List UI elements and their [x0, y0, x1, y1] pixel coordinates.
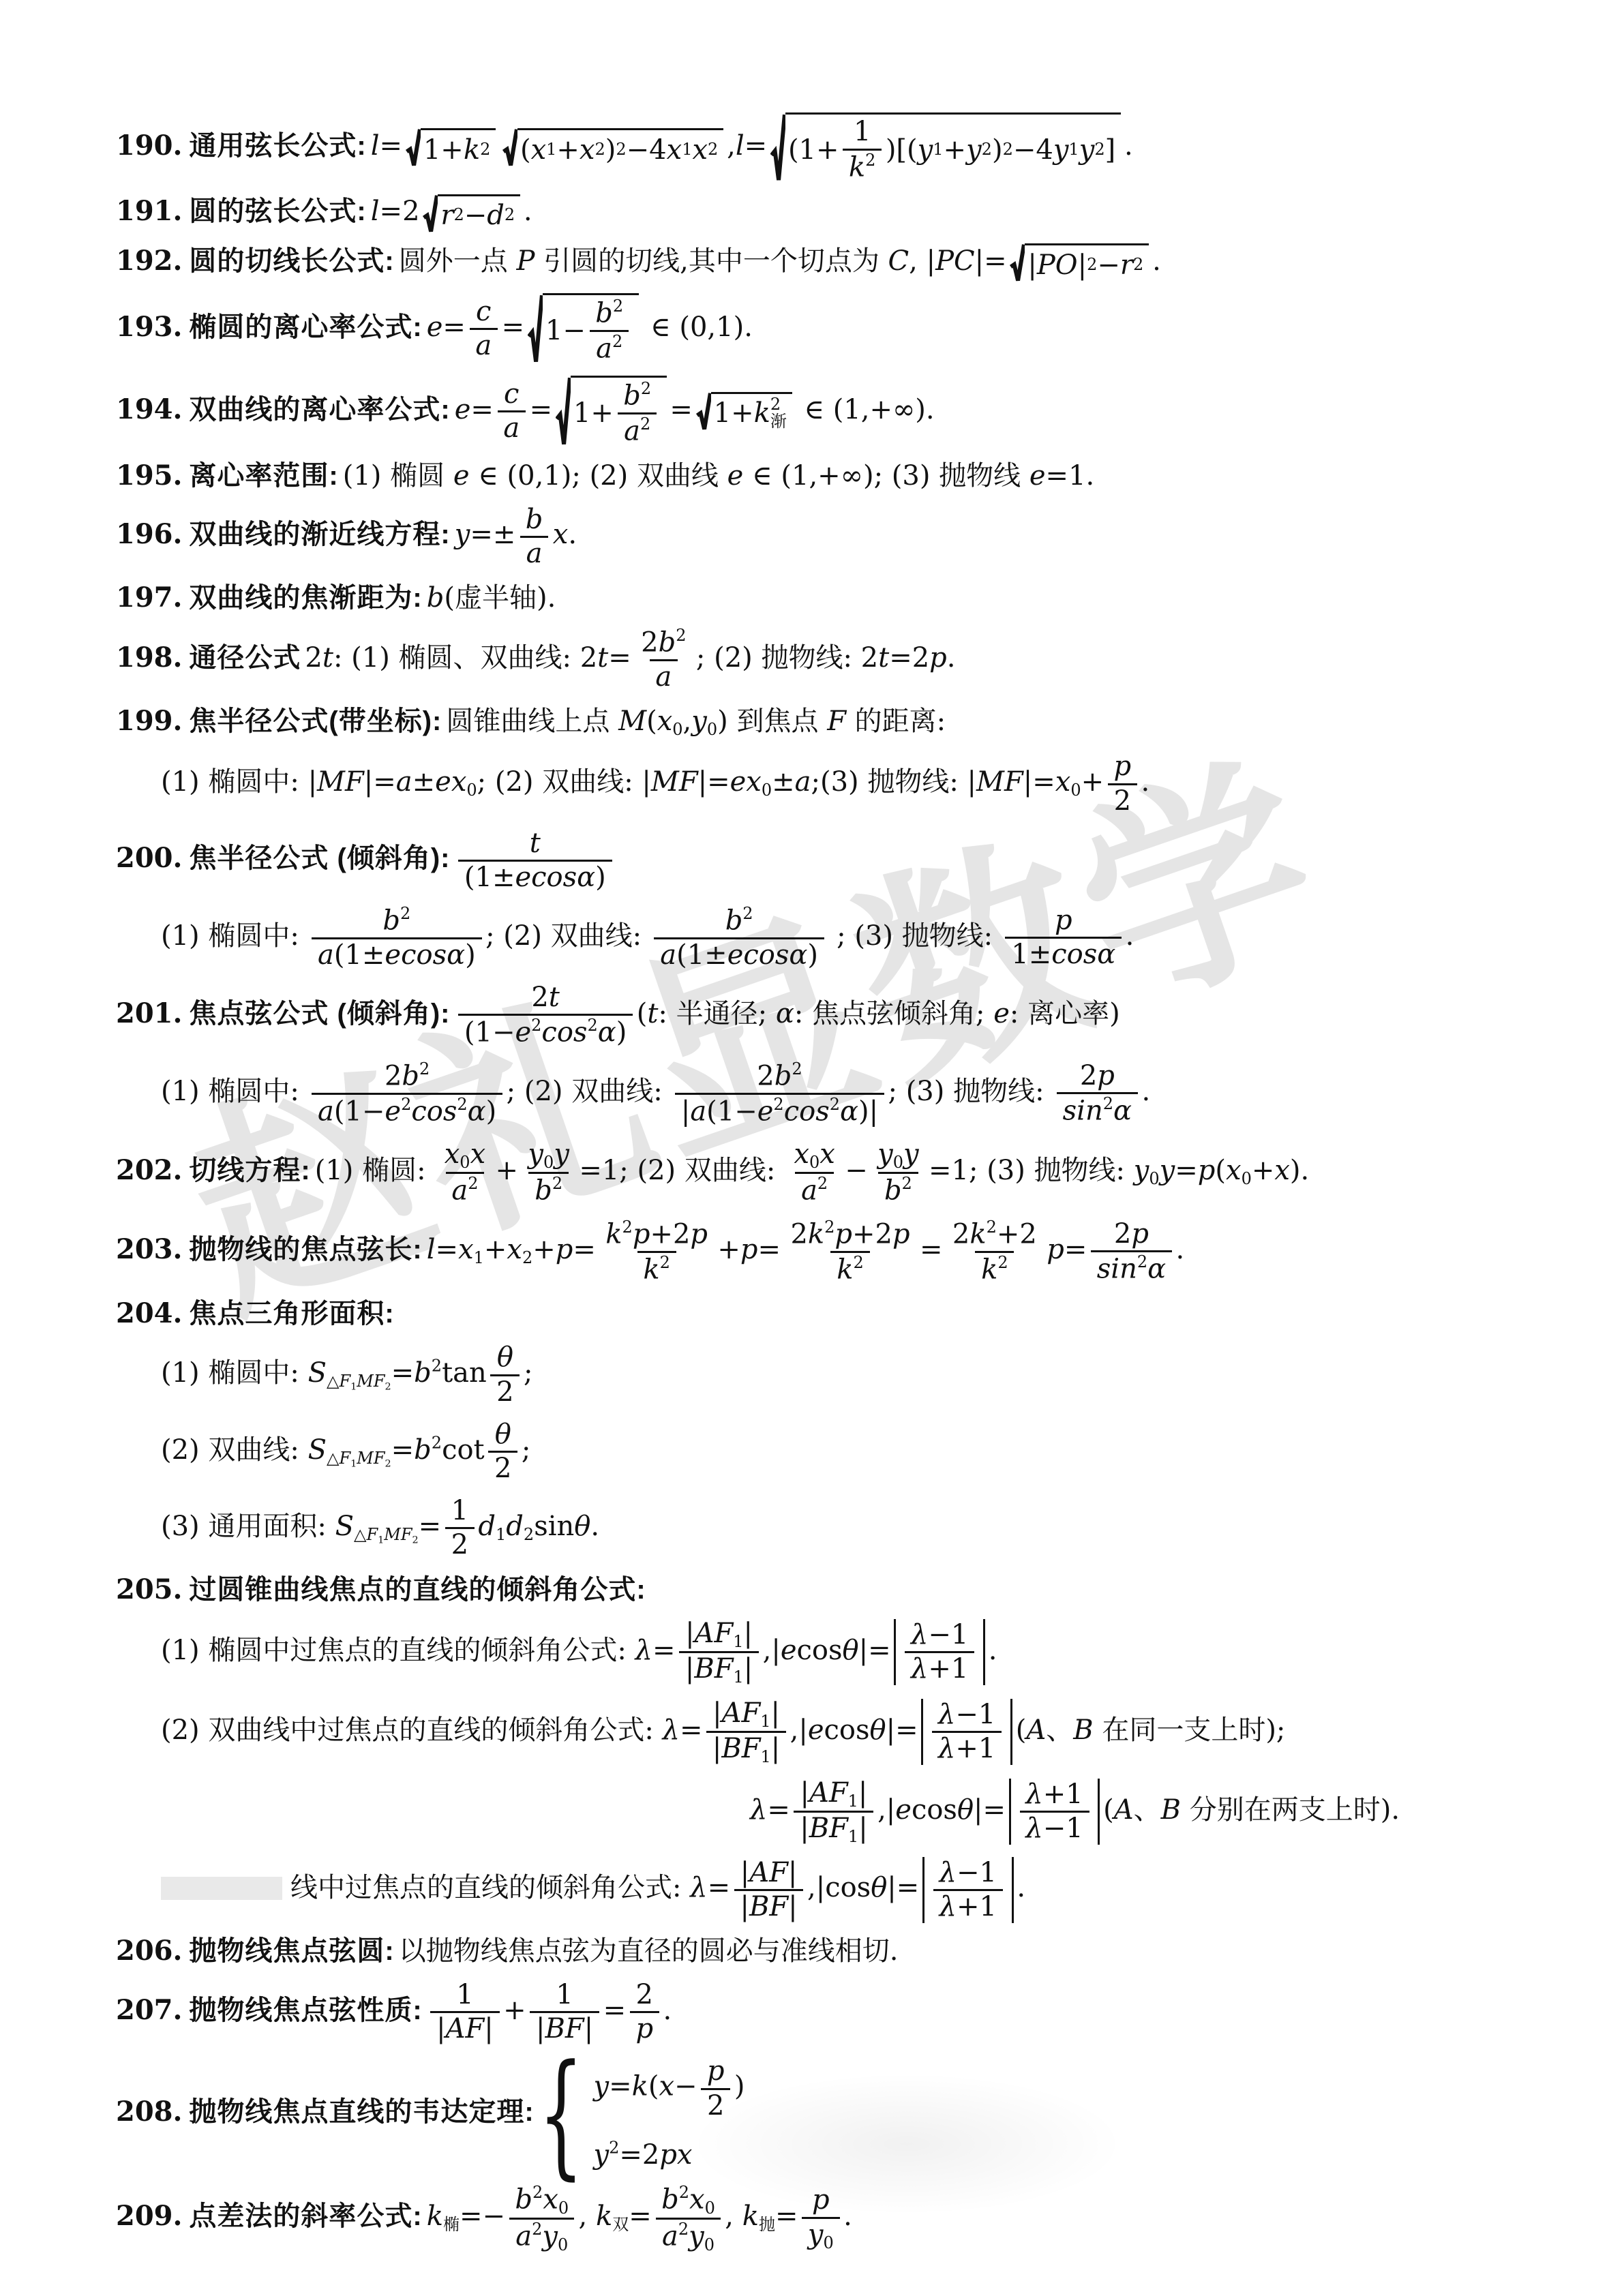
item-formula: 2t: (1) 椭圆、双曲线: 2t=2b2a; (2) 抛物线: 2t=2p.	[305, 642, 955, 674]
fraction: λ−1λ+1	[933, 1857, 1003, 1923]
denominator: a(1±ecosα)	[654, 937, 824, 971]
math-text: y	[1160, 1155, 1175, 1186]
math-text: e	[453, 460, 470, 492]
math-text: (	[520, 132, 531, 168]
math-text: p	[635, 2013, 653, 2044]
math-text: AF	[809, 1777, 848, 1809]
math-text: |	[484, 2013, 493, 2044]
system-row: y2=2px	[593, 2137, 692, 2173]
math-text: =	[470, 394, 494, 425]
math-text: |	[584, 2013, 593, 2044]
math-text: y	[808, 2219, 824, 2250]
math-text: −1	[928, 1619, 968, 1650]
fraction: |AF1||BF1|	[794, 1777, 873, 1847]
math-text: k	[742, 2201, 759, 2232]
math-text: =	[603, 1995, 627, 2026]
math-text: y	[554, 1138, 569, 1170]
math-text: )[(	[886, 132, 918, 168]
subscript: 0	[704, 2235, 715, 2254]
item-formula: 1|AF|+1|BF|=2p.	[427, 1995, 672, 2026]
math-text: p	[892, 1218, 910, 1250]
math-text: k	[427, 2201, 443, 2232]
math-text: , |	[909, 245, 935, 277]
formula-line-198: 198.通径公式2t: (1) 椭圆、双曲线: 2t=2b2a; (2) 抛物线…	[116, 626, 1569, 693]
math-text: +	[556, 132, 580, 168]
math-text: ; (3) 抛物线:	[888, 1076, 1053, 1107]
square-root: 1+k2渐	[696, 392, 792, 431]
math-text: k	[464, 132, 480, 168]
brace-system: {y=k(x−p2)y2=2px	[539, 2055, 745, 2172]
subscript: 1	[546, 139, 556, 160]
math-text: θ	[870, 1715, 886, 1746]
subscript: 0	[558, 2198, 569, 2217]
fraction: 1k2	[843, 116, 882, 183]
sup-sub-stack: 2渐	[770, 396, 787, 430]
formula-line-197: 197.双曲线的焦渐距为:b(虚半轴).	[116, 580, 1569, 616]
math-text: x	[657, 706, 673, 737]
math-text: (2) 双曲线中过焦点的直线的倾斜角公式:	[161, 1715, 663, 1746]
math-text: +1	[957, 1891, 997, 1922]
numerator: 1	[847, 116, 877, 148]
math-text: ,	[727, 130, 736, 162]
math-text: △	[327, 1449, 339, 1468]
math-text: y	[877, 1138, 893, 1170]
fraction: |AF1||BF1|	[679, 1618, 759, 1687]
math-text: cos	[411, 1096, 457, 1127]
math-text: e	[727, 460, 744, 492]
denominator: k2	[975, 1251, 1014, 1286]
superscript: 2	[432, 1357, 442, 1376]
math-text: |	[740, 1857, 749, 1888]
item-number: 198.	[116, 641, 182, 674]
denominator: k2	[637, 1251, 676, 1286]
math-text: 1	[451, 1495, 468, 1526]
superscript: 2	[457, 1095, 467, 1114]
math-text: 2	[1114, 1218, 1131, 1250]
math-text: ; (2) 双曲线: |	[477, 766, 651, 798]
math-text: S	[335, 1511, 354, 1542]
math-text: −	[845, 1155, 868, 1186]
math-text: y	[593, 2139, 609, 2171]
math-text: −1	[1043, 1813, 1083, 1844]
item-label: 抛物线焦点弦圆:	[189, 1936, 394, 1966]
math-text: =	[391, 1434, 415, 1466]
math-text: 2	[1080, 1060, 1097, 1091]
item-formula: (1) 椭圆 e ∈ (0,1); (2) 双曲线 e ∈ (1,+∞); (3…	[343, 460, 1094, 492]
fraction: 2b2|a(1−e2cos2α)|	[675, 1059, 884, 1128]
superscript: 2	[902, 1174, 912, 1193]
radicand: 1+k2渐	[711, 392, 792, 431]
subscript: 渐	[770, 413, 787, 430]
math-text: |=	[975, 245, 1007, 277]
square-root: r2−d2	[423, 194, 520, 233]
formula-line-193: 193.椭圆的离心率公式:e=ca=1−b2a2 ∈ (0,1).	[116, 293, 1569, 365]
superscript: 2	[830, 1095, 840, 1114]
math-text: MF	[357, 1449, 385, 1468]
math-text: ,|	[807, 1872, 825, 1903]
denominator: a2	[590, 330, 629, 365]
fraction: ca	[498, 378, 526, 444]
math-text: α	[468, 1096, 486, 1127]
math-text: =	[609, 2071, 632, 2102]
math-text: M	[618, 706, 646, 737]
denominator: k2	[843, 149, 882, 184]
denominator: a(1±ecosα)	[312, 937, 481, 971]
math-text: d	[487, 198, 505, 233]
math-text: x	[819, 1138, 835, 1170]
numerator: b2	[589, 297, 629, 330]
formula-line-204: 204.焦点三角形面积:	[116, 1296, 1569, 1331]
subscript: 0	[707, 720, 717, 739]
math-text: |=	[859, 1635, 891, 1666]
math-text: |	[712, 1733, 721, 1764]
subscript: 2	[522, 1248, 532, 1267]
math-text: (1+	[788, 132, 839, 168]
formula-line-201: 201.焦点弦公式 (倾斜角):2t(1−e2cos2α)(t: 半通径; α:…	[116, 982, 1569, 1049]
numerator: λ−1	[933, 1857, 1003, 1889]
formula-line-205: 205.过圆锥曲线焦点的直线的倾斜角公式:	[116, 1572, 1569, 1607]
math-text: t	[530, 828, 541, 859]
math-text: k	[605, 1218, 622, 1250]
denominator: a(1−e2cos2α)	[312, 1093, 502, 1128]
subscript: 0	[460, 1153, 470, 1172]
item-formula: (2) 双曲线中过焦点的直线的倾斜角公式: λ=|AF1||BF1|,|ecos…	[161, 1715, 1285, 1746]
subscript: 2	[982, 139, 992, 160]
math-text: c	[504, 378, 519, 410]
math-text: x	[470, 1138, 486, 1170]
formula-line-194: 194.双曲线的离心率公式:e=ca=1+b2a2=1+k2渐 ∈ (1,+∞)…	[116, 376, 1569, 448]
math-text: θ	[497, 1342, 513, 1373]
math-text: (1−	[334, 1096, 385, 1127]
math-text: 2	[451, 1529, 468, 1560]
math-text: a	[660, 939, 676, 971]
absolute-value: λ−1λ+1	[921, 1699, 1012, 1765]
denominator: 1±cosα	[1005, 937, 1122, 971]
math-text: λ	[939, 1857, 957, 1888]
math-text: b	[382, 905, 400, 937]
subscript: 2	[1094, 139, 1104, 160]
math-text: ,	[725, 2201, 742, 2232]
numerator: 2p	[1108, 1218, 1155, 1250]
subscript: 1	[350, 1458, 357, 1469]
math-text: x	[580, 132, 595, 168]
numerator: 2b2	[635, 626, 692, 659]
item-label: 抛物线的焦点弦长:	[189, 1235, 422, 1265]
math-text: a	[318, 939, 334, 971]
math-text: |=	[886, 1715, 918, 1746]
superscript: 2	[679, 2183, 689, 2202]
denominator: a	[470, 328, 498, 362]
subscript: 0	[543, 1153, 554, 1172]
math-text: λ	[750, 1794, 767, 1826]
item-formula: t(1±ecosα)	[455, 843, 616, 874]
math-text: 1	[456, 1979, 473, 2010]
math-text: =2	[380, 196, 420, 227]
math-text: +	[1081, 766, 1104, 798]
math-text: +2	[650, 1218, 690, 1250]
item-number: 200.	[116, 842, 182, 874]
fraction: ba	[520, 504, 549, 570]
system-rows: y=k(x−p2)y2=2px	[593, 2055, 745, 2172]
fraction: b2a2	[589, 297, 629, 365]
math-text: r	[1120, 247, 1133, 283]
item-formula: (2) 双曲线: S△F1MF2=b2cotθ2;	[161, 1434, 530, 1466]
square-root: (1+1k2)[(y1+y2)2−4y1y2]	[770, 112, 1121, 183]
math-text: p	[1131, 1218, 1149, 1250]
item-number: 190.	[116, 130, 182, 162]
formula-line-205-2b: λ=|AF1||BF1|,|ecosθ|=λ+1λ−1(A、B 分别在两支上时)…	[750, 1777, 1569, 1847]
math-text: a	[655, 661, 672, 693]
formula-line-192: 192.圆的切线长公式:圆外一点 P 引圆的切线,其中一个切点为 C, |PC|…	[116, 243, 1569, 283]
math-text: ±	[772, 766, 795, 798]
subscript: △F1MF2	[327, 1449, 391, 1468]
subscript: 1	[760, 1747, 770, 1766]
math-text: p	[1055, 905, 1072, 936]
math-text: .	[1141, 1076, 1150, 1107]
subscript: △F1MF2	[327, 1372, 391, 1391]
subscript: 1	[474, 1248, 484, 1267]
numerator: b2x0	[655, 2183, 721, 2218]
math-text: =	[530, 394, 553, 425]
fraction: p1±cosα	[1005, 905, 1122, 971]
fraction: 2t(1−e2cos2α)	[458, 982, 633, 1049]
superscript: 2	[1003, 139, 1013, 160]
denominator: λ+1	[932, 1731, 1002, 1765]
formula-line-202: 202.切线方程:(1) 椭圆: x0xa2+y0yb2=1; (2) 双曲线:…	[116, 1138, 1569, 1207]
math-text: α	[776, 998, 794, 1029]
fraction: py0	[802, 2184, 839, 2252]
item-formula: l=2r2−d2.	[371, 196, 532, 227]
radicand: (1+1k2)[(y1+y2)2−4y1y2]	[785, 112, 1121, 183]
superscript: 2	[678, 2220, 689, 2239]
numerator: p	[1049, 905, 1078, 937]
item-label: 双曲线的离心率公式:	[189, 395, 450, 425]
math-text: .	[947, 642, 956, 674]
math-text: x	[689, 2184, 705, 2215]
math-text: |	[800, 1813, 809, 1844]
item-number: 193.	[116, 311, 182, 343]
superscript: 2	[1103, 1094, 1113, 1113]
superscript: 2	[587, 1016, 597, 1035]
superscript: 2	[660, 1253, 670, 1272]
subscript: 椭	[443, 2215, 460, 2234]
fraction: 2b2a	[635, 626, 692, 693]
denominator: a2y0	[656, 2218, 721, 2254]
math-text: +	[944, 132, 967, 168]
absolute-value: λ+1λ−1	[1009, 1779, 1100, 1845]
item-formula: 以抛物线焦点弦为直径的圆必与准线相切.	[399, 1935, 899, 1967]
denominator: 2	[490, 1374, 520, 1408]
math-text: θ	[957, 1794, 974, 1826]
denominator: 2	[1108, 783, 1137, 817]
subscript: 2	[708, 139, 718, 160]
math-text: =	[573, 1234, 596, 1265]
math-text: +	[496, 1155, 519, 1186]
math-text: =1.	[1046, 460, 1095, 492]
math-text: (	[1103, 1794, 1114, 1826]
math-text: 、	[1134, 1794, 1161, 1826]
superscript: 2	[742, 904, 753, 923]
numerator: λ−1	[905, 1619, 974, 1651]
math-text: cosα	[1051, 939, 1115, 970]
subscript: 0	[1242, 1169, 1252, 1188]
item-number: 209.	[116, 2200, 182, 2232]
math-text: =	[708, 1872, 731, 1903]
math-text: p	[929, 642, 947, 674]
subscript: 2	[412, 1535, 419, 1545]
denominator: a	[520, 536, 548, 570]
math-text: y	[918, 132, 933, 168]
math-text: y	[691, 706, 707, 737]
math-text: 2	[757, 1061, 774, 1092]
math-text: y	[1053, 132, 1069, 168]
math-text: 2	[496, 1376, 513, 1408]
math-text: 2	[1114, 785, 1131, 817]
math-text: =	[1175, 1155, 1198, 1186]
math-text: cot	[442, 1434, 485, 1466]
math-text: (1) 椭圆中过焦点的直线的倾斜角公式:	[161, 1635, 635, 1666]
item-number: 199.	[116, 705, 182, 737]
item-formula: 圆锥曲线上点 M(x0,y0) 到焦点 F 的距离:	[446, 706, 946, 737]
numerator: t	[524, 828, 547, 860]
numerator: y0y	[522, 1138, 575, 1173]
math-text: )	[807, 939, 818, 971]
math-text: ∈ (0,1); (2) 双曲线	[470, 460, 727, 492]
radicand: (x1+x2)2−4x1x2	[517, 128, 723, 167]
math-text: t	[549, 982, 560, 1013]
math-text: .	[524, 196, 532, 227]
math-text: a	[690, 1096, 706, 1127]
denominator: 2	[445, 1527, 475, 1561]
item-number: 203.	[116, 1233, 182, 1265]
math-text: )|	[858, 1096, 878, 1127]
denominator: (1−e2cos2α)	[458, 1014, 633, 1049]
math-text: a	[624, 415, 640, 447]
math-text: .	[1152, 245, 1161, 277]
denominator: y0	[802, 2217, 839, 2253]
math-text: x	[659, 2071, 674, 2102]
math-text: e	[455, 394, 471, 425]
math-text: |=	[887, 1872, 919, 1903]
numerator: 2	[630, 1979, 659, 2011]
math-text: y	[528, 1138, 543, 1170]
radicand: |PO|2−r2	[1025, 243, 1149, 282]
math-text: −4	[627, 132, 667, 168]
subscript: 0	[558, 2235, 568, 2254]
math-text: A	[1026, 1715, 1046, 1746]
math-text: ,	[579, 2201, 596, 2232]
superscript: 2	[997, 1253, 1008, 1272]
math-text: a	[515, 2220, 532, 2252]
math-text: =	[1064, 1234, 1087, 1265]
fraction: 2psin2α	[1091, 1218, 1172, 1286]
math-text: (	[646, 706, 657, 737]
numerator: p	[701, 2055, 730, 2087]
math-text: ).	[1290, 1155, 1309, 1186]
fraction: 2k2+2k2	[946, 1218, 1043, 1286]
item-label: 圆的切线长公式:	[189, 246, 394, 276]
numerator: 2b2	[378, 1059, 436, 1093]
math-text: =	[380, 130, 403, 162]
superscript: 2	[817, 1174, 828, 1193]
math-text: −1	[955, 1699, 995, 1730]
formula-line-205-1: (1) 椭圆中过焦点的直线的倾斜角公式: λ=|AF1||BF1|,|ecosθ…	[161, 1618, 1569, 1687]
math-text: =	[608, 642, 631, 674]
math-text: x	[1055, 766, 1071, 798]
page: { "watermark": { "text": "赵礼显数学", "color…	[0, 0, 1624, 2296]
square-root: 1+b2a2	[556, 376, 667, 448]
denominator: 2	[488, 1451, 517, 1485]
math-text: =	[920, 1234, 943, 1265]
numerator: |AF1|	[679, 1618, 758, 1652]
superscript: 2	[987, 1218, 997, 1237]
math-text: l	[736, 130, 745, 162]
item-number: 207.	[116, 1994, 182, 2026]
math-text: (1) 椭圆中: |	[161, 766, 317, 798]
math-text: 2	[305, 642, 322, 674]
radicand: 1+k2	[421, 128, 496, 167]
math-text: =1; (2) 双曲线:	[579, 1155, 784, 1186]
item-formula: e=ca=1+b2a2=1+k2渐 ∈ (1,+∞).	[455, 394, 935, 425]
superscript: 2	[552, 1174, 562, 1193]
math-text: .	[1176, 1234, 1185, 1265]
math-text: x	[507, 1234, 522, 1265]
math-text: x	[794, 1138, 809, 1170]
math-text: (2) 双曲线:	[161, 1434, 308, 1466]
fraction: λ−1λ+1	[932, 1699, 1002, 1765]
math-text: (	[637, 998, 648, 1029]
item-number: 201.	[116, 997, 182, 1029]
math-text: |	[800, 1777, 809, 1809]
subscript: 抛	[759, 2215, 775, 2234]
item-number: 192.	[116, 245, 182, 277]
math-text: λ	[911, 1653, 928, 1685]
item-label: 点差法的斜率公式:	[189, 2201, 422, 2231]
subscript: 1	[378, 1535, 384, 1545]
numerator: b2	[377, 904, 417, 937]
square-root: 1−b2a2	[528, 293, 639, 365]
math-text: : 焦点弦倾斜角;	[794, 998, 993, 1029]
math-text: cos	[912, 1794, 957, 1826]
item-formula: y=±bax.	[455, 519, 577, 550]
math-text: a	[396, 766, 412, 798]
math-text: y	[1134, 1155, 1149, 1186]
item-label: 焦半径公式(带坐标):	[189, 706, 442, 736]
math-text: p	[690, 1218, 708, 1250]
math-text: (虚半轴).	[444, 582, 556, 614]
math-text: t	[647, 998, 658, 1029]
numerator: c	[498, 378, 525, 410]
subscript: 1	[350, 1382, 357, 1393]
item-label: 双曲线的渐近线方程:	[189, 519, 450, 549]
math-text: l	[371, 130, 380, 162]
math-text: +1	[955, 1733, 995, 1764]
superscript: 2	[532, 2220, 542, 2239]
subscript: 2	[595, 139, 605, 160]
math-text: (1±	[334, 939, 385, 971]
numerator: b2	[719, 904, 759, 937]
formula-line-204-3: (3) 通用面积: S△F1MF2=12d1d2sinθ.	[161, 1495, 1569, 1561]
math-text: |	[685, 1653, 694, 1685]
denominator: a2	[618, 412, 657, 448]
left-brace-icon: {	[539, 2046, 584, 2181]
item-number: 195.	[116, 459, 182, 492]
math-text: (1−	[464, 1017, 515, 1048]
superscript: 2	[419, 1059, 430, 1078]
math-text: b	[775, 1061, 792, 1092]
fraction: x0xa2	[438, 1138, 492, 1207]
math-text: ±	[412, 766, 436, 798]
